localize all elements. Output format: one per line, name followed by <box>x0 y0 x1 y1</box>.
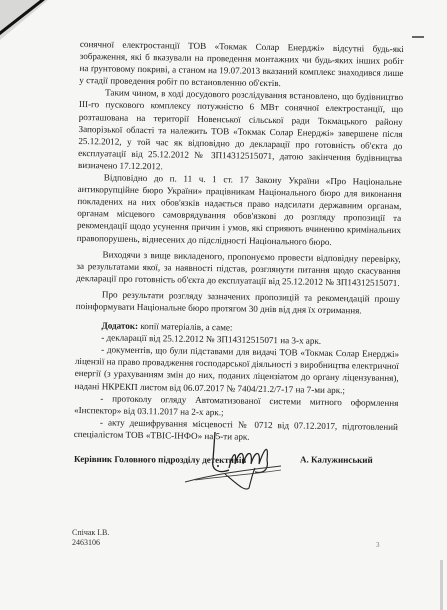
paragraph-proposal: Виходячи з вище викладеного, пропонуємо … <box>76 248 401 289</box>
paragraph-report-request: Про результати розгляду зазначених пропо… <box>76 288 400 317</box>
executor-phone: 2463106 <box>72 538 109 548</box>
addendum-intro: копії матеріалів, а саме: <box>138 321 233 332</box>
paragraph-legal-basis: Відповідно до п. 11 ч. 1 ст. 17 Закону У… <box>77 171 402 249</box>
page-edge <box>440 560 443 610</box>
addendum-item: - документів, що були підставами для вид… <box>74 343 399 396</box>
addendum-label: Додаток: <box>101 320 138 331</box>
paragraph-investigation-findings: Таким чином, в ході досудового розслідув… <box>78 86 403 176</box>
signatory-name: А. Калужинський <box>300 454 373 465</box>
executor-name: Спічак І.В. <box>72 528 109 538</box>
page-number: 3 <box>376 541 380 549</box>
document-page: сонячної електростанції ТОВ «Токмак Сола… <box>0 0 447 610</box>
paragraph-satellite-imagery: сонячної електростанції ТОВ «Токмак Сола… <box>79 38 404 91</box>
document-body: сонячної електростанції ТОВ «Токмак Сола… <box>74 38 404 445</box>
corner-fold-shadow <box>0 0 48 40</box>
executor-info: Спічак І.В. 2463106 <box>72 528 109 548</box>
handwritten-signature-icon <box>185 430 305 500</box>
scan-mark <box>412 36 424 38</box>
